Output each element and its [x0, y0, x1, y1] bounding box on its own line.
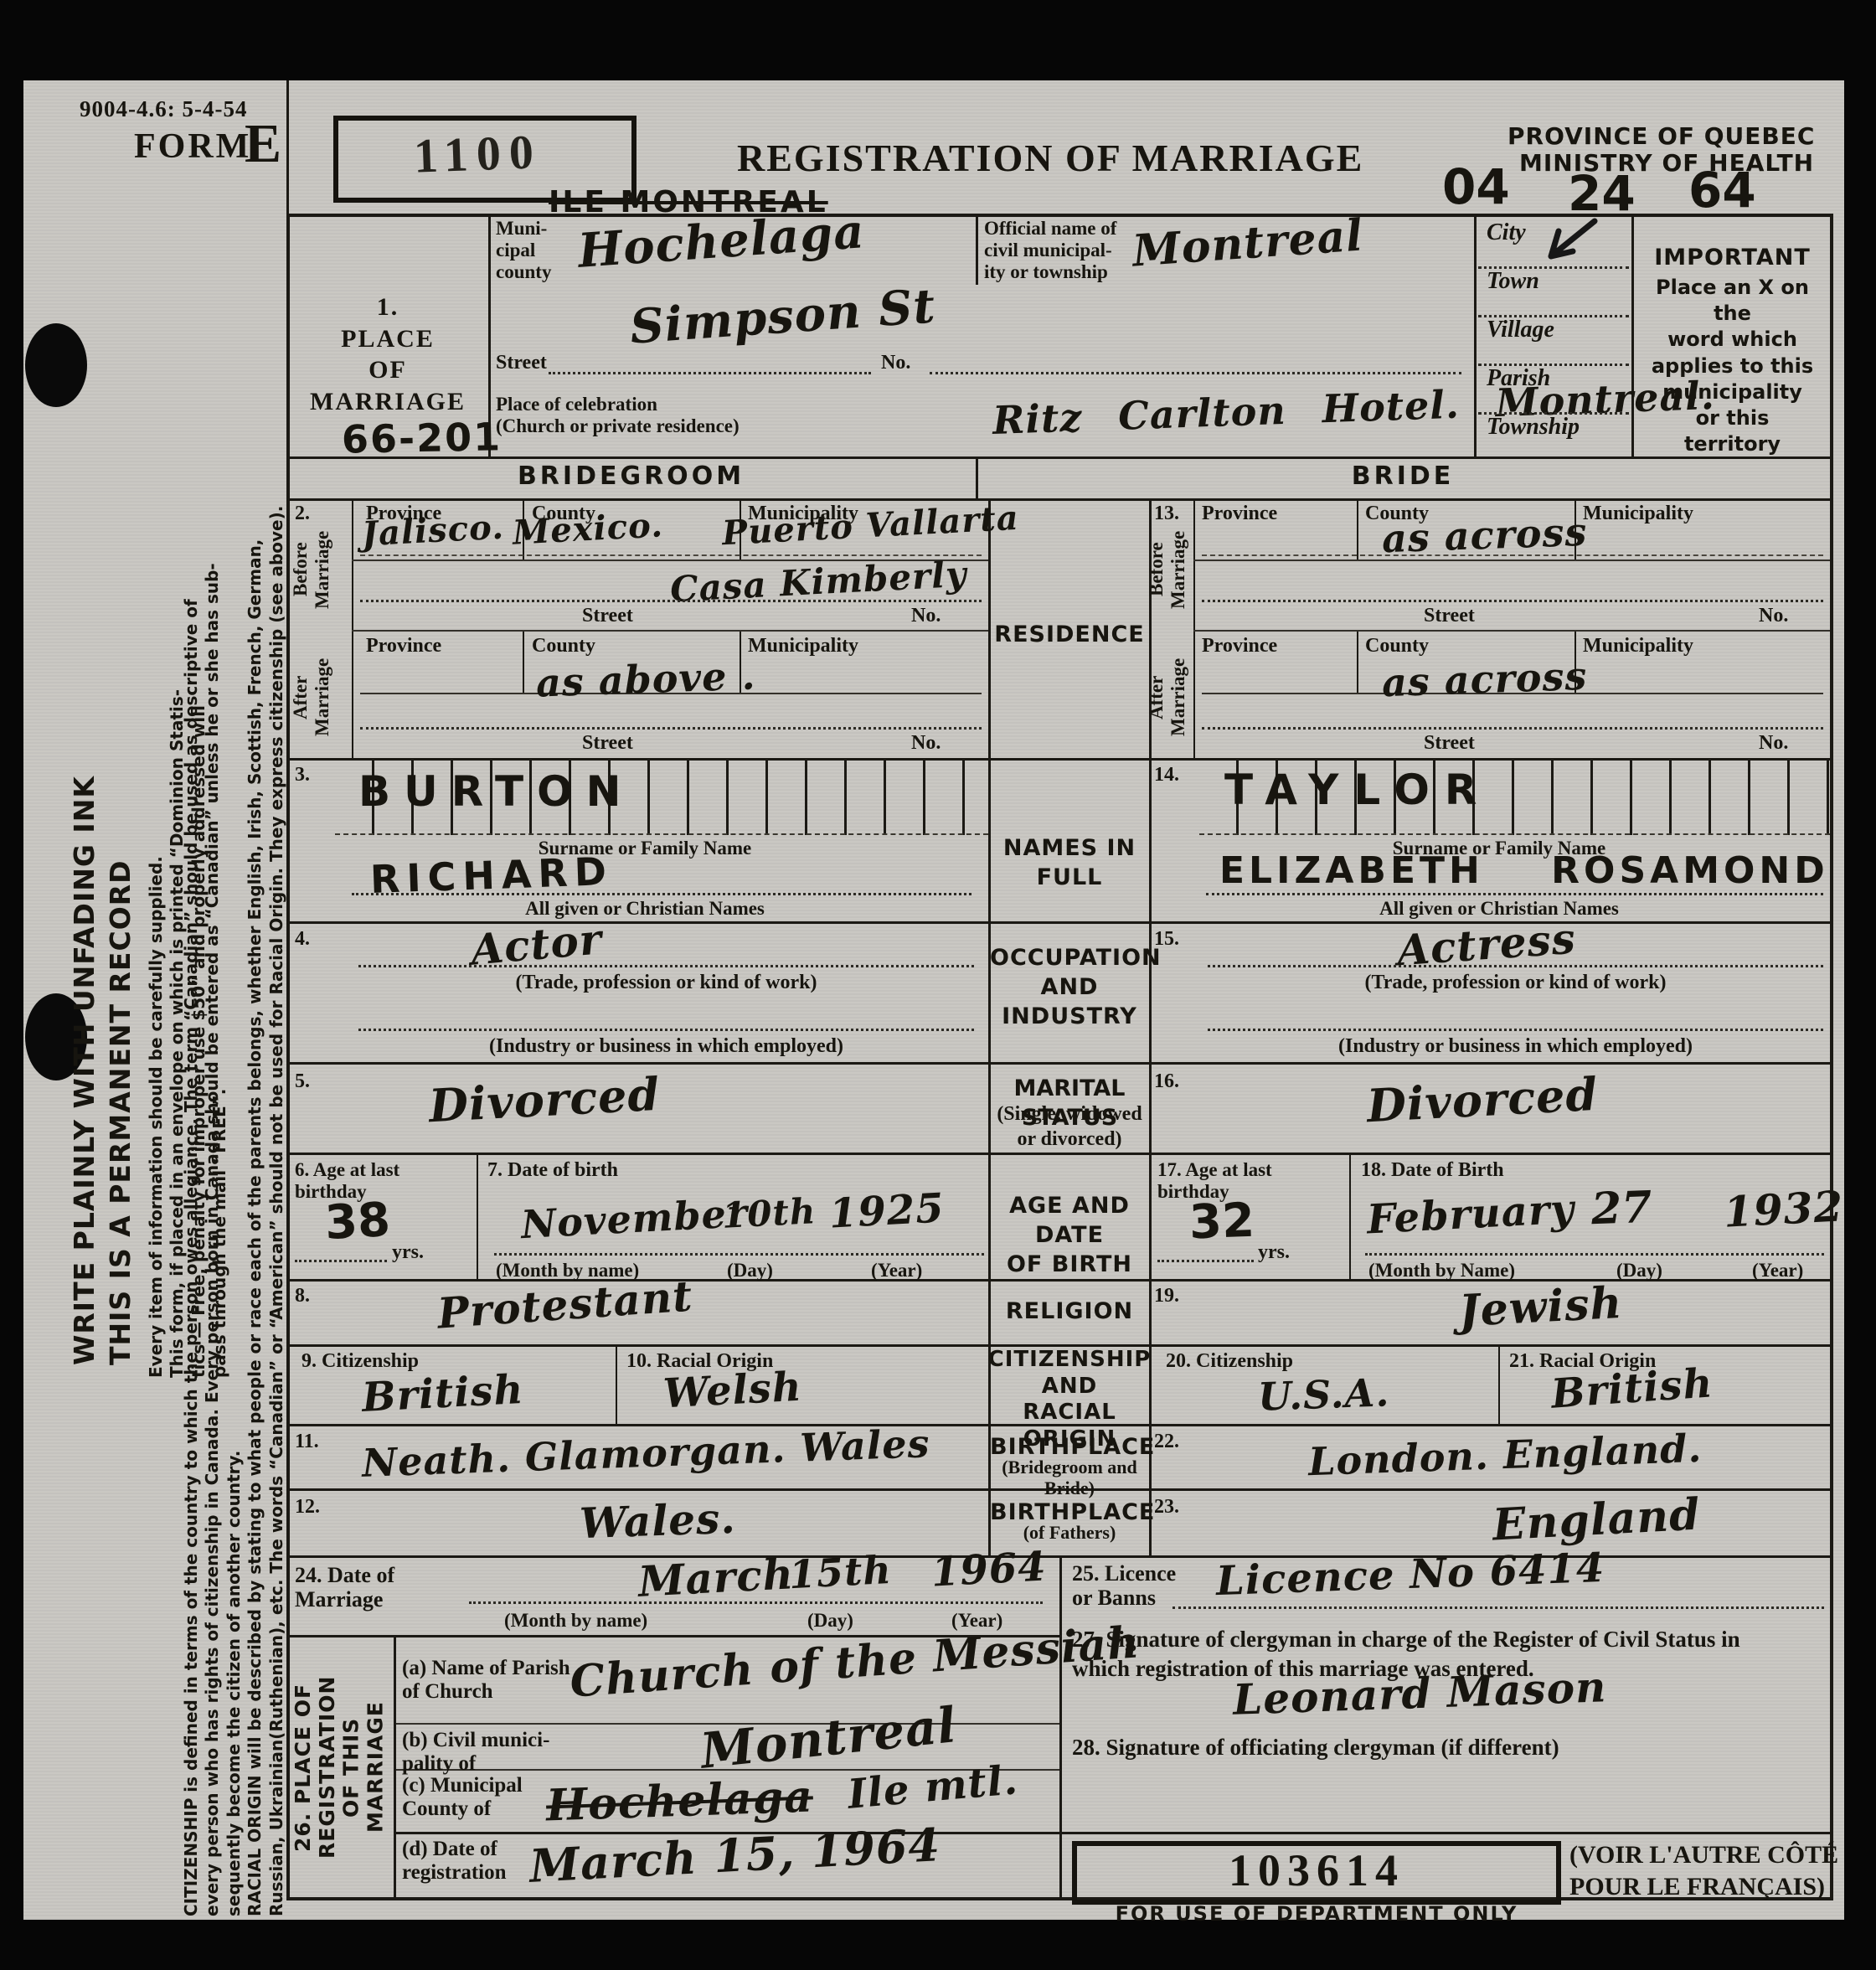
- official-name-label: Official name of civil municipal- ity or…: [984, 218, 1116, 282]
- punch-hole-top: [25, 323, 87, 407]
- groom-after-marriage-label: After Marriage: [290, 641, 350, 754]
- scanned-marriage-registration: { "colors": { "paper": "#c9c7c2", "ink":…: [0, 0, 1876, 1970]
- margin-line: Every item of information should be care…: [146, 456, 167, 1378]
- groom-birthplace-number: 11.: [295, 1431, 319, 1452]
- groom-marital-value: Divorced: [428, 1070, 662, 1132]
- margin-line: CITIZENSHIP is defined in terms of the c…: [181, 132, 202, 1916]
- residence-center-label: RESIDENCE: [990, 620, 1149, 649]
- bride-after-municipality-label: Municipality: [1583, 635, 1693, 657]
- document-code: 9004-4.6: 5-4-54: [80, 97, 247, 122]
- groom-fathers-birthplace-value: Wales.: [579, 1495, 736, 1546]
- page-title: REGISTRATION OF MARRIAGE: [737, 137, 1363, 180]
- district-code-stamp: 66-201: [342, 415, 502, 461]
- bride-before-province-label: Province: [1202, 503, 1277, 524]
- date-received-stamp-month: 04: [1442, 161, 1510, 214]
- occupation-center-label: OCCUPATION AND INDUSTRY: [990, 943, 1149, 1031]
- names-center-label: NAMES IN FULL: [990, 833, 1149, 892]
- locality-township: Township: [1487, 415, 1580, 441]
- marriage-day-label: (Day): [807, 1610, 853, 1632]
- groom-given-label: All given or Christian Names: [352, 898, 938, 920]
- locality-city: City: [1487, 220, 1526, 246]
- groom-before-county-value: Mexico.: [512, 507, 664, 551]
- municipal-county-reg-struck: Hochelaga: [545, 1772, 814, 1829]
- bride-fathers-birthplace-number: 23.: [1154, 1496, 1179, 1518]
- marriage-date-day: 15th: [788, 1549, 893, 1596]
- groom-after-county-label: County: [532, 635, 595, 657]
- registration-date-label: (d) Date of registration: [402, 1838, 507, 1885]
- groom-religion-number: 8.: [295, 1285, 310, 1307]
- bride-citizenship-value: U.S.A.: [1257, 1371, 1390, 1418]
- bride-dob-year: 1932: [1723, 1183, 1845, 1235]
- bride-given-label: All given or Christian Names: [1206, 898, 1792, 920]
- bride-after-street-label: Street: [1424, 732, 1475, 754]
- bride-religion-number: 19.: [1154, 1285, 1179, 1307]
- section1-title: PLACE OF MARRIAGE: [310, 325, 466, 415]
- marriage-date-year: 1964: [930, 1545, 1048, 1595]
- marriage-date-label: 24. Date of Marriage: [295, 1563, 394, 1612]
- bride-surname-value: TAYLOR: [1224, 767, 1492, 813]
- french-note: (VOIR L'AUTRE CÔTÉ POUR LE FRANÇAIS): [1569, 1839, 1838, 1902]
- marital-center-sub: (Single, widowed or divorced): [990, 1101, 1149, 1152]
- bride-given-value: ELIZABETH ROSAMOND: [1219, 851, 1829, 891]
- bride-after-marriage-label: After Marriage: [1146, 641, 1193, 754]
- bride-after-county-label: County: [1365, 635, 1429, 657]
- bride-before-municipality-label: Municipality: [1583, 503, 1693, 524]
- bride-after-province-label: Province: [1202, 635, 1277, 657]
- street-label: Street: [496, 352, 547, 374]
- groom-year-label: (Year): [871, 1260, 922, 1282]
- groom-racial-value: Welsh: [662, 1365, 803, 1416]
- bride-fathers-birthplace-value: England: [1492, 1491, 1702, 1550]
- margin-instructions-citizenship: CITIZENSHIP is defined in terms of the c…: [181, 132, 287, 1916]
- bride-day-label: (Day): [1616, 1260, 1662, 1282]
- municipal-county-reg-label: (c) Municipal County of: [402, 1774, 523, 1821]
- groom-after-street-label: Street: [582, 732, 633, 754]
- groom-dob-day: 10th: [721, 1192, 817, 1235]
- bride-before-residence-value: as across: [1381, 511, 1588, 560]
- bride-citizenship-label: 20. Citizenship: [1166, 1350, 1293, 1372]
- bride-age-value: 32: [1188, 1195, 1255, 1249]
- religion-center-label: RELIGION: [990, 1297, 1149, 1326]
- locality-parish: Parish: [1487, 366, 1550, 392]
- groom-before-street-label: Street: [582, 605, 633, 627]
- department-number: 103614: [1077, 1846, 1556, 1895]
- groom-after-no-label: No.: [911, 732, 941, 754]
- groom-name-number: 3.: [295, 764, 310, 786]
- bride-after-residence-value: as across: [1381, 655, 1588, 704]
- bride-marital-value: Divorced: [1366, 1070, 1600, 1132]
- date-received-stamp-year: 64: [1688, 164, 1756, 218]
- street-no-label: No.: [881, 352, 910, 374]
- bride-before-no-label: No.: [1759, 605, 1788, 627]
- licence-label: 25. Licence or Banns: [1072, 1561, 1176, 1610]
- parish-label: (a) Name of Parish of Church: [402, 1657, 570, 1704]
- groom-age-value: 38: [323, 1194, 391, 1250]
- bride-birthplace-number: 22.: [1154, 1431, 1179, 1452]
- bride-month-label: (Month by Name): [1368, 1260, 1515, 1282]
- civil-municipality-label: (b) Civil munici- pality of: [402, 1729, 549, 1776]
- bride-before-street-label: Street: [1424, 605, 1475, 627]
- province-line: PROVINCE OF QUEBEC: [1507, 124, 1815, 150]
- bride-dob-day: 27: [1590, 1184, 1652, 1234]
- municipal-county-stamp: ILE MONTREAL: [549, 186, 828, 219]
- groom-citizenship-label: 9. Citizenship: [301, 1350, 419, 1372]
- birthplace-center-sub: (Bridegroom and Bride): [980, 1457, 1159, 1498]
- groom-yrs-label: yrs.: [392, 1241, 424, 1263]
- bride-dob-label: 18. Date of Birth: [1361, 1159, 1504, 1181]
- groom-dob-label: 7. Date of birth: [487, 1159, 618, 1181]
- groom-before-province-value: Jalisco.: [361, 509, 505, 554]
- bride-dob-month: February: [1366, 1188, 1575, 1243]
- groom-dob-year: 1925: [828, 1186, 946, 1236]
- form-word: FORM: [134, 127, 251, 166]
- bride-header: BRIDE: [976, 462, 1830, 490]
- margin-line: every person who has rights of citizensh…: [202, 132, 223, 1916]
- groom-before-marriage-label: Before Marriage: [290, 515, 350, 624]
- margin-warning-line1: WRITE PLAINLY WITH UNFADING INK: [67, 712, 103, 1365]
- department-note: FOR USE OF DEPARTMENT ONLY: [1072, 1903, 1561, 1925]
- section1-label: 1. PLACE OF MARRIAGE: [295, 291, 481, 417]
- groom-after-municipality-label: Municipality: [748, 635, 858, 657]
- groom-marital-number: 5.: [295, 1070, 310, 1092]
- groom-occupation-number: 4.: [295, 928, 310, 950]
- bride-after-no-label: No.: [1759, 732, 1788, 754]
- locality-village: Village: [1487, 317, 1554, 343]
- ministry-line: MINISTRY OF HEALTH: [1519, 151, 1814, 177]
- fathers-birthplace-center-sub: (of Fathers): [990, 1523, 1149, 1544]
- locality-town: Town: [1487, 269, 1539, 295]
- margin-line: RACIAL ORIGIN will be described by stati…: [245, 132, 265, 1916]
- municipal-county-label: Muni- cipal county: [496, 218, 551, 282]
- bride-marital-number: 16.: [1154, 1070, 1179, 1092]
- bride-industry-label: (Industry or business in which employed): [1208, 1035, 1823, 1057]
- bridegroom-header: BRIDEGROOM: [286, 462, 976, 490]
- margin-line: sequently become the citizen of another …: [224, 132, 245, 1916]
- groom-before-no-label: No.: [911, 605, 941, 627]
- groom-industry-label: (Industry or business in which employed): [358, 1035, 974, 1057]
- margin-line: Russian, Ukrainian(Ruthenian), etc. The …: [266, 132, 287, 1916]
- groom-fathers-birthplace-number: 12.: [295, 1496, 320, 1518]
- groom-after-province-label: Province: [366, 635, 441, 657]
- bride-name-number: 14.: [1154, 764, 1179, 786]
- groom-citizenship-value: British: [361, 1368, 525, 1421]
- bride-before-marriage-label: Before Marriage: [1146, 515, 1193, 624]
- bride-trade-label: (Trade, profession or kind of work): [1208, 972, 1823, 993]
- margin-warning-text: WRITE PLAINLY WITH UNFADING INK THIS IS …: [67, 712, 139, 1365]
- registration-side-label: 26. PLACE OF REGISTRATION OF THIS MARRIA…: [291, 1643, 389, 1891]
- groom-surname-value: BURTON: [358, 769, 634, 815]
- section1-number: 1.: [377, 293, 399, 321]
- city-checkmark-icon: [1531, 216, 1601, 268]
- marriage-date-month: March: [637, 1550, 796, 1605]
- bride-yrs-label: yrs.: [1258, 1241, 1290, 1263]
- groom-day-label: (Day): [727, 1260, 773, 1282]
- important-body: Place an X on the word which applies to …: [1635, 275, 1830, 457]
- registration-number-stamp: 1100: [413, 125, 543, 183]
- bride-religion-value: Jewish: [1458, 1279, 1624, 1335]
- marriage-month-label: (Month by name): [504, 1610, 647, 1632]
- bride-occupation-number: 15.: [1154, 928, 1179, 950]
- age-center-label: AGE AND DATE OF BIRTH: [990, 1191, 1149, 1279]
- form-letter: E: [245, 114, 281, 175]
- groom-trade-label: (Trade, profession or kind of work): [358, 972, 974, 993]
- important-title: IMPORTANT: [1635, 243, 1830, 272]
- bride-year-label: (Year): [1752, 1260, 1803, 1282]
- groom-after-residence-value: as above .: [535, 654, 756, 704]
- date-received-stamp-day: 24: [1568, 168, 1636, 221]
- officiating-clergyman-label: 28. Signature of officiating clergyman (…: [1072, 1735, 1559, 1761]
- margin-warning-line2: THIS IS A PERMANENT RECORD: [103, 712, 139, 1365]
- celebration-label: Place of celebration (Church or private …: [496, 394, 740, 437]
- department-number-box: 103614: [1072, 1841, 1561, 1905]
